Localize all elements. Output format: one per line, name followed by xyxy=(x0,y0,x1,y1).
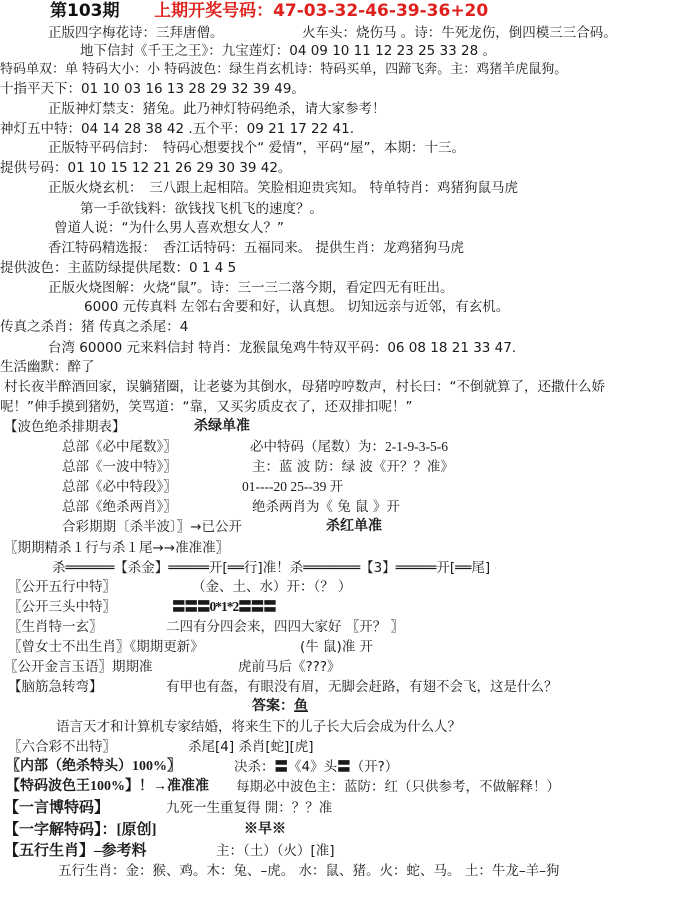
envelope-line: 正版特平码信封： 特码心想要找个“ 爱情”，平码“屋”，本期：十三。 xyxy=(48,139,465,157)
internal-head-prefix: 决杀： xyxy=(234,759,275,775)
wave-row-value: 01----20 25--39 开 xyxy=(242,478,343,496)
last-draw-numbers: 47-03-32-46-39-36+20 xyxy=(273,1,488,21)
internal-head-value: 决杀：〓《4》头〓（开?） xyxy=(234,758,398,776)
kill-row: 杀══════【杀金】═════开[══行]准！杀═══════【3】═════… xyxy=(52,559,490,577)
golden-words-label: 〖公开金言玉语〗期期准 xyxy=(4,658,153,676)
five-zodiac-value: 主：（土）（火）[准] xyxy=(216,842,335,860)
xiangjiang-line: 香江特码精选报： 香江话特码：五福同来。 提供生肖：龙鸡猪狗马虎 xyxy=(48,239,464,257)
fax-6000-line: 6000 元传真料 左邻右舍要和好，认真想。 切知远亲与近邻，有玄机。 xyxy=(84,298,509,316)
wave-row-value: 主：蓝 波 防：绿 波《开？？准》 xyxy=(252,458,454,476)
five-elements-value: （金、土、水）开：（？ ） xyxy=(192,578,352,596)
geta-mark-icon: 〓 xyxy=(337,759,351,775)
wave-row-label: 总部《一波中特》〗 xyxy=(62,458,177,476)
zodiac-riddle-label: 〖生肖特一玄〗 xyxy=(8,618,103,636)
internal-head-mid: 《4》头 xyxy=(288,759,337,775)
half-wave-headline: 杀红单准 xyxy=(326,518,382,536)
golden-words-value: 虎前马后《???》 xyxy=(238,658,341,676)
wave-row-value: 绝杀两肖为《 兔 鼠 》开 xyxy=(252,498,400,516)
provided-numbers-line: 提供号码：01 10 15 12 21 26 29 30 39 42。 xyxy=(0,159,291,177)
no-special-label: 〖六合彩不出特〗 xyxy=(8,738,116,756)
zodiac-riddle-value: 二四有分四会来，四四大家好 〖开？ 〗 xyxy=(166,618,404,636)
lamp-ban-line: 正版神灯禁支：猪兔。此乃神灯特码绝杀，请大家参考！ xyxy=(48,100,386,118)
five-elements-label: 〖公开五行中特〗 xyxy=(8,578,116,596)
locomotive-line: 火车头：烧伤马 。诗：牛死龙伤，倒四模三三合码。 xyxy=(302,24,617,42)
wave-king-value: 每期必中波色主：蓝防：红（只供参考，不做解释！） xyxy=(236,778,560,796)
five-zodiac-list: 五行生肖：金：猴、鸡。木：兔、–虎。 水：鼠、猪。火：蛇、马。 土：牛龙–羊–狗 xyxy=(58,862,559,880)
lamp-five-line: 神灯五中特：04 14 28 38 42 .五个平：09 21 17 22 41… xyxy=(0,120,354,138)
period-title: 第103期 xyxy=(50,1,120,21)
one-word-bet-label: 【一言博特码】 xyxy=(4,799,109,817)
taiwan-envelope-line: 台湾 60000 元来料信封 特肖：龙猴鼠兔鸡牛特双平码：06 08 18 21… xyxy=(48,339,516,357)
zeng-says-line: 曾道人说：“为什么男人喜欢想女人？” xyxy=(54,219,284,237)
last-draw-label: 上期开奖号码： xyxy=(154,1,273,21)
answer: 答案：鱼 xyxy=(252,698,308,716)
lady-zeng-value: (牛 鼠)准 开 xyxy=(300,638,373,656)
wave-row-label: 总部《必中特段》〗 xyxy=(62,478,177,496)
plum-poem-line: 正版四字梅花诗：三拜唐僧。 xyxy=(48,24,224,42)
three-heads-label: 〖公开三头中特〗 xyxy=(8,598,116,616)
geta-mark-icon: 〓 xyxy=(275,759,289,775)
wave-row-label: 总部《绝杀两肖》〗 xyxy=(62,498,177,516)
internal-head-label: 〖内部（绝杀特头）100%〗 xyxy=(6,758,181,776)
wave-row-value: 必中特码（尾数）为：2-1-9-3-5-6 xyxy=(250,438,448,456)
wave-table-headline: 杀绿单准 xyxy=(194,418,250,436)
lady-zeng-label: 〖曾女士不出生肖〗《期期更新》 xyxy=(8,638,204,656)
header: 第103期 上期开奖号码：47-03-32-46-39-36+20 xyxy=(50,2,488,21)
odd-even-line: 特码单双：单 特码大小：小 特码波色：绿生肖玄机诗：特码买单，四蹄飞奔。主：鸡猪… xyxy=(0,61,567,79)
one-char-value: ※早※ xyxy=(244,821,286,839)
internal-head-suffix: （开?） xyxy=(351,759,399,775)
fire-diagram-line: 正版火烧图解：火烧“鼠”。诗：三一三二落今期，看定四无有旺出。 xyxy=(48,279,454,297)
answer-value: 鱼 xyxy=(294,699,308,714)
one-char-label: 【一字解特码】：[原创] xyxy=(4,821,157,839)
first-hand-line: 第一手欲钱料：欲钱找飞机飞的速度？。 xyxy=(80,200,323,218)
riddle-two: 语言天才和计算机专家结婚，将来生下的儿子长大后会成为什么人？ xyxy=(56,718,461,736)
no-special-value: 杀尾[4] 杀肖[蛇][虎] xyxy=(188,738,313,756)
wave-king-label: 【特码波色王100%】！→准准准 xyxy=(6,778,209,796)
wave-table-title: 【波色绝杀排期表】 xyxy=(4,418,126,436)
fax-kill-line: 传真之杀肖：猪 传真之杀尾：4 xyxy=(0,318,188,336)
three-heads-value: 〓〓〓0*1*2〓〓〓 xyxy=(172,598,276,616)
half-wave-label: 合彩期期〔杀半波〕〗→已公开 xyxy=(62,518,242,536)
answer-label: 答案： xyxy=(252,699,294,714)
fire-mystery-line: 正版火烧玄机： 三八跟上起相陪。笑脸相迎贵宾知。 特单特肖：鸡猪狗鼠马虎 xyxy=(48,179,518,197)
humor-title-line: 生活幽默：醉了 xyxy=(0,358,95,376)
humor-text-line-1: 村长夜半醉酒回家，误躺猪圈，让老婆为其倒水，母猪哼哼数声，村长曰：“不倒就算了，… xyxy=(4,378,605,396)
brain-teaser-label: 【脑筋急转弯】 xyxy=(8,678,103,696)
wave-color-line: 提供波色：主蓝防绿提供尾数：0 1 4 5 xyxy=(0,259,236,277)
kill-row-title: 〖期期精杀１行与杀１尾→→准准准〗 xyxy=(4,539,229,557)
five-zodiac-label: 【五行生肖】–参考料 xyxy=(4,842,147,860)
ten-fingers-line: 十指平天下：01 10 03 16 13 28 29 32 39 49。 xyxy=(0,80,305,98)
underground-envelope-line: 地下信封《千王之王》：九宝莲灯：04 09 10 11 12 23 25 33 … xyxy=(80,42,496,60)
wave-row-label: 总部《必中尾数》〗 xyxy=(62,438,177,456)
one-word-bet-value: 九死一生重复得 開：？？准 xyxy=(166,799,332,817)
humor-text-line-2: 呢！”伸手摸到猪奶，笑骂道：“靠，又买劣质皮衣了，还双排扣呢！” xyxy=(0,398,412,416)
brain-teaser-value: 有甲也有盔，有眼没有眉，无脚会赶路，有翅不会飞，这是什么？ xyxy=(166,678,558,696)
